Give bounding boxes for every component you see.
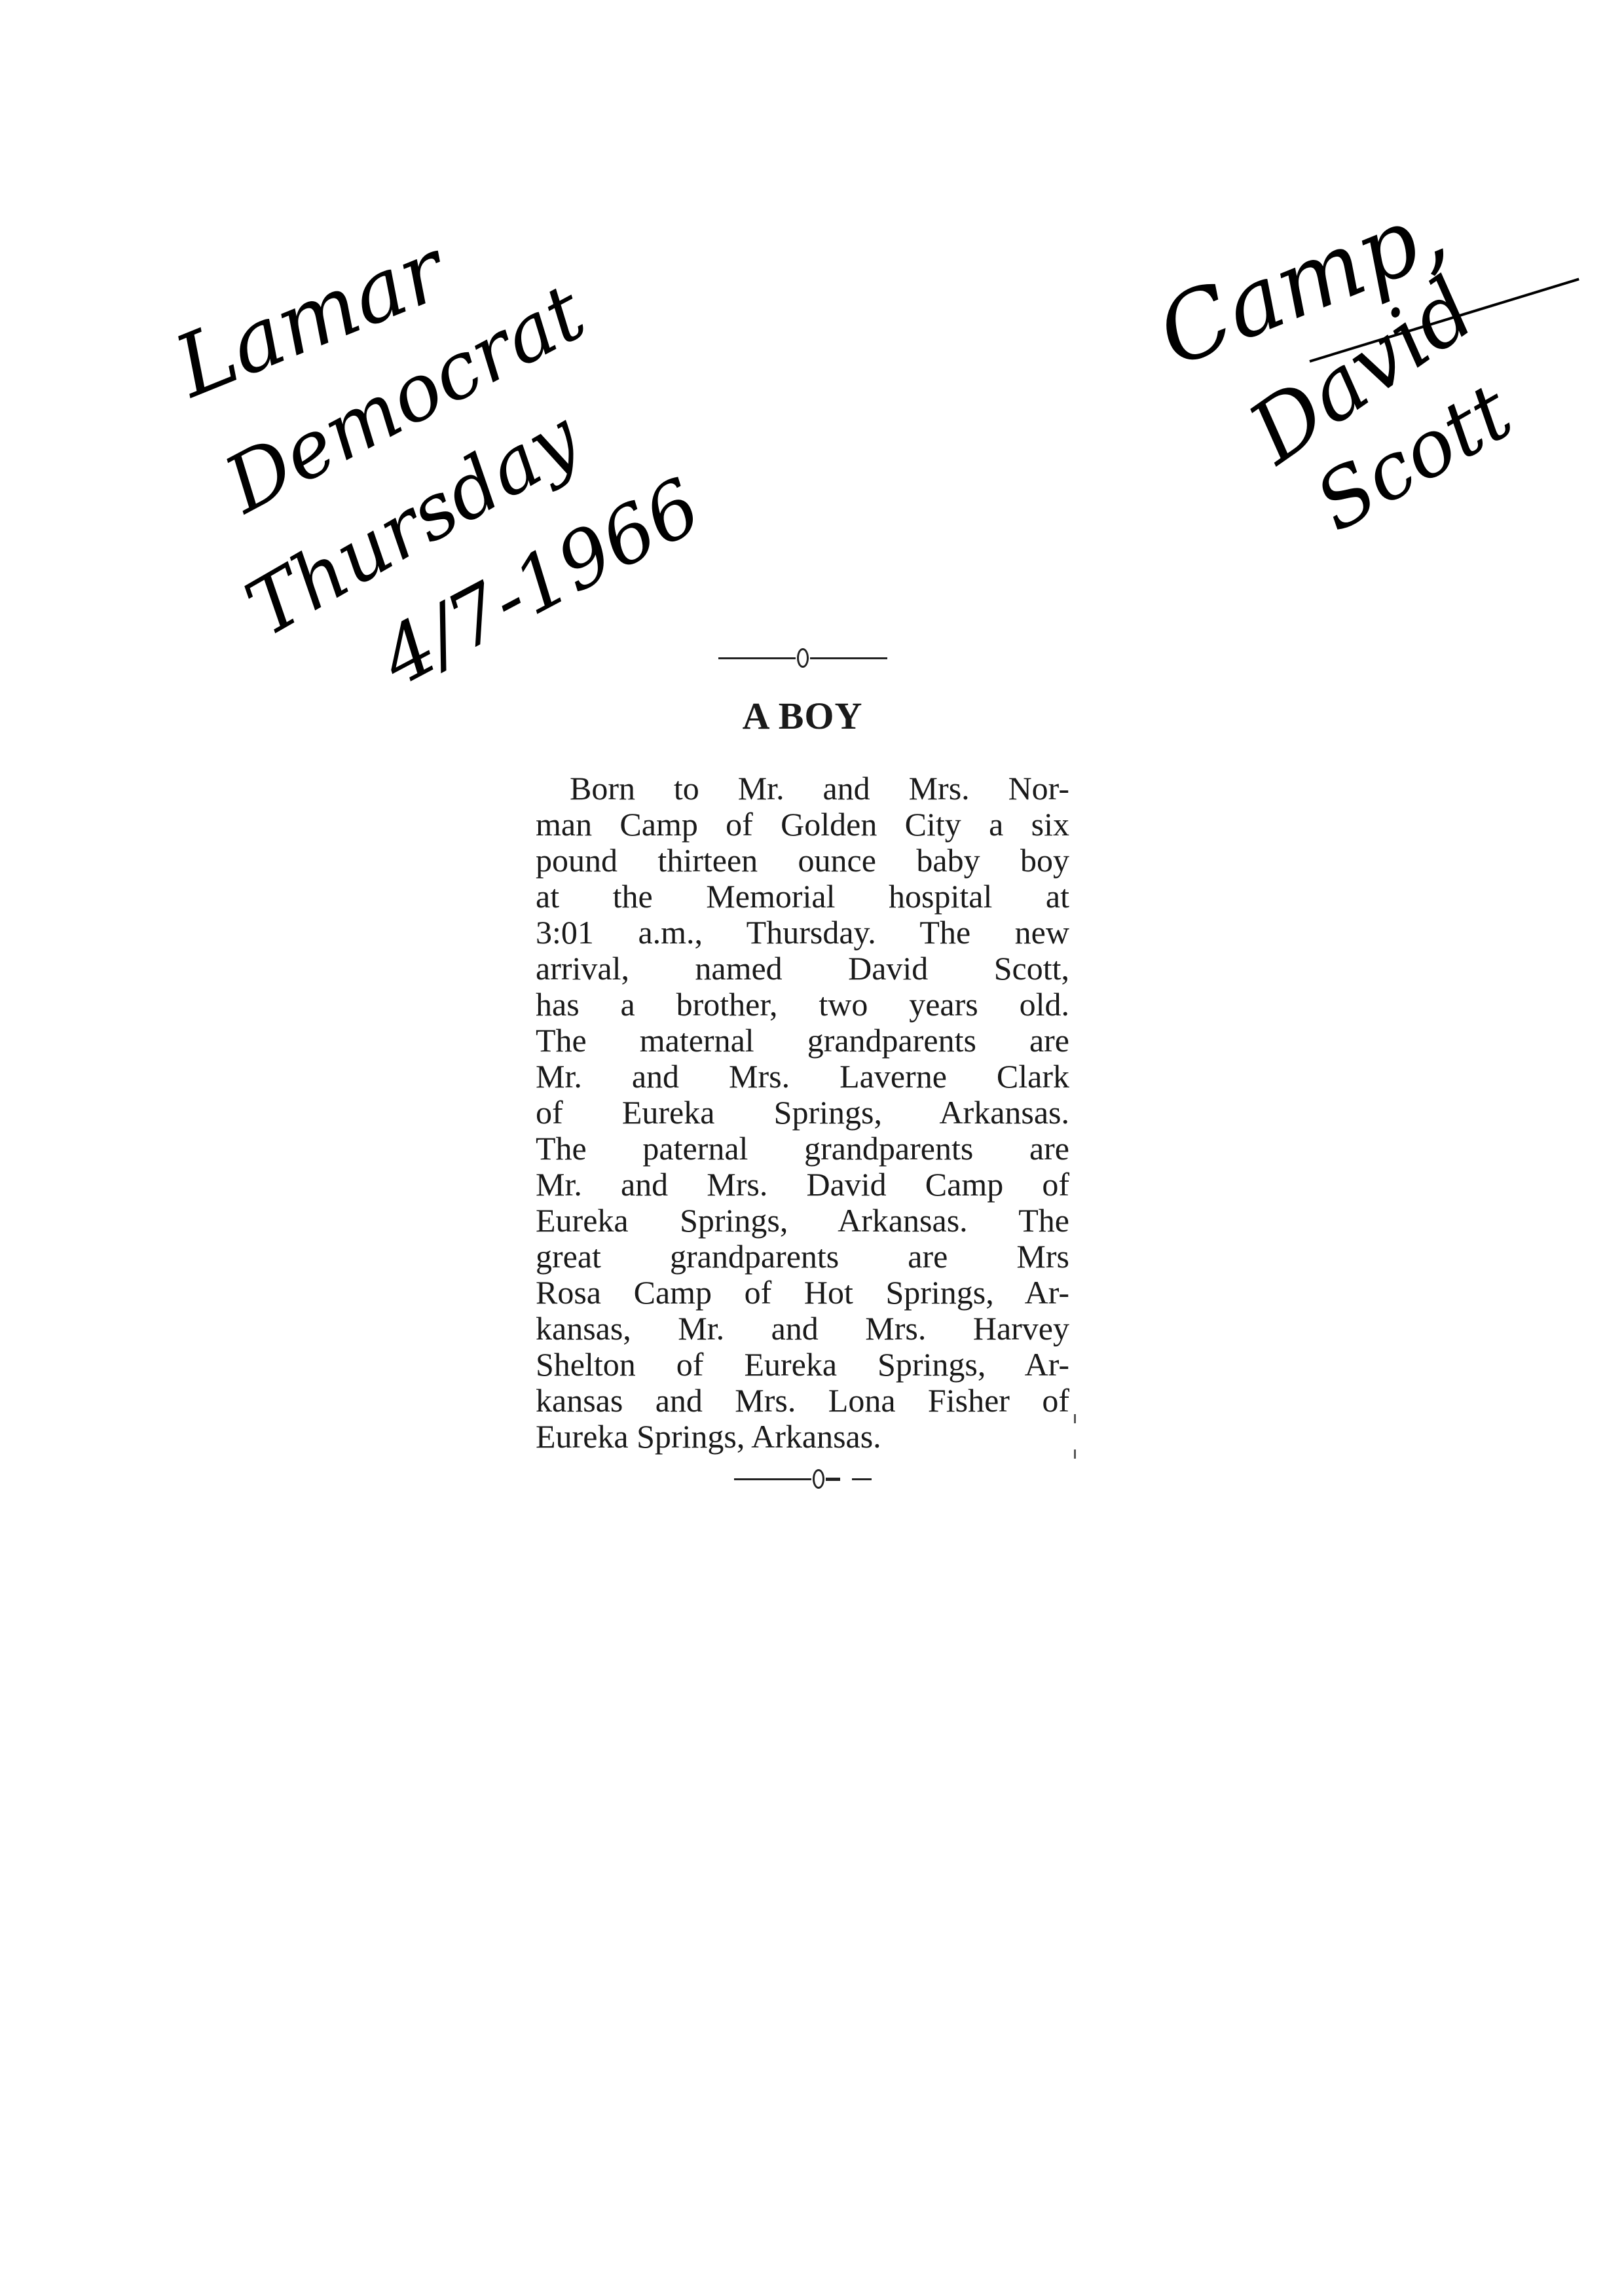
body-line: man Camp of Golden City a six (536, 807, 1069, 843)
clipping-headline: A BOY (536, 694, 1069, 738)
body-line: The maternal grandparents are (536, 1023, 1069, 1059)
ornament-divider-top (536, 648, 1069, 668)
body-line: great grandparents are Mrs (536, 1239, 1069, 1275)
body-line: Eureka Springs, Arkansas. The (536, 1203, 1069, 1239)
body-line: has a brother, two years old. (536, 987, 1069, 1023)
body-line: of Eureka Springs, Arkansas. (536, 1095, 1069, 1131)
body-line: kansas, Mr. and Mrs. Harvey (536, 1311, 1069, 1347)
body-line: Mr. and Mrs. David Camp of (536, 1167, 1069, 1203)
body-line: at the Memorial hospital at (536, 879, 1069, 915)
body-line: Mr. and Mrs. Laverne Clark (536, 1059, 1069, 1095)
ornament-divider-bottom (536, 1469, 1069, 1489)
body-line: Born to Mr. and Mrs. Nor- (536, 771, 1069, 807)
clipping-body: Born to Mr. and Mrs. Nor-man Camp of Gol… (536, 771, 1069, 1455)
body-line: Rosa Camp of Hot Springs, Ar- (536, 1275, 1069, 1311)
body-line: arrival, named David Scott, (536, 951, 1069, 987)
body-line: Eureka Springs, Arkansas. (536, 1419, 1069, 1455)
scan-edge-marks (1074, 1414, 1078, 1485)
body-line: 3:01 a.m., Thursday. The new (536, 915, 1069, 951)
body-line: kansas and Mrs. Lona Fisher of (536, 1383, 1069, 1419)
body-line: Shelton of Eureka Springs, Ar- (536, 1347, 1069, 1383)
ring-ornament-icon (797, 648, 809, 668)
body-line: pound thirteen ounce baby boy (536, 843, 1069, 879)
body-line: The paternal grandparents are (536, 1131, 1069, 1167)
ring-ornament-icon (813, 1469, 824, 1489)
newspaper-clipping: A BOY Born to Mr. and Mrs. Nor-man Camp … (536, 648, 1069, 1489)
